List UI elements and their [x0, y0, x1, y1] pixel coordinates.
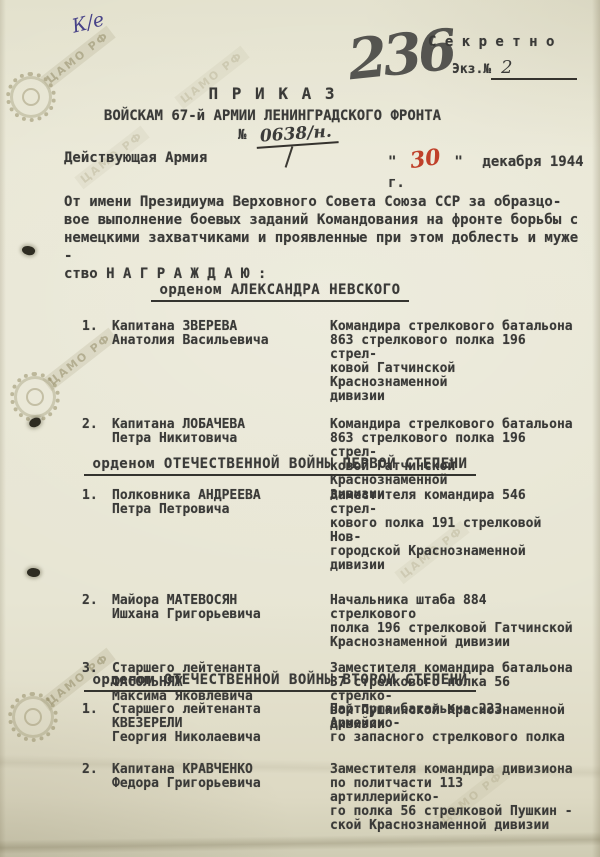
number-sign: № — [238, 127, 246, 143]
order-title: П Р И К А З — [0, 84, 545, 103]
handwritten-archive-number: 236 — [345, 17, 456, 94]
award-entry: 1. Старшего лейтенанта КВЕЗЕРЕЛИ Георгия… — [0, 703, 600, 745]
section-heading-alexander-nevsky: орденом АЛЕКСАНДРА НЕВСКОГО — [0, 279, 560, 302]
paper-edge-shadow — [0, 0, 6, 857]
handwritten-order-number: 0638/н. — [255, 121, 338, 149]
handwritten-corner-note: К/е — [70, 8, 107, 37]
award-entry: 1. Полковника АНДРЕЕВА Петра Петровича З… — [0, 489, 600, 573]
award-entry: 1. Капитана ЗВЕРЕВА Анатолия Васильевича… — [0, 320, 600, 404]
handwritten-stroke — [285, 146, 294, 168]
paper-crease — [0, 832, 600, 854]
date-close-quote: " — [454, 154, 462, 170]
entry-position: Командира стрелкового батальона 863 стре… — [330, 320, 580, 404]
entry-position: Начальника штаба 884 стрелкового полка 1… — [330, 594, 580, 650]
entry-rank-name: Майора МАТЕВОСЯН Ишхана Григорьевича — [112, 594, 330, 622]
handwritten-copy-number: 2 — [491, 57, 512, 78]
award-entry: 2. Майора МАТЕВОСЯН Ишхана Григорьевича … — [0, 594, 600, 650]
entry-rank-name: Капитана ЛОБАЧЕВА Петра Никитовича — [112, 418, 330, 446]
paper-edge-shadow — [592, 0, 600, 857]
entry-position: Заместителя командира 546 стрел- кового … — [330, 489, 580, 573]
entry-number: 1. — [82, 489, 112, 503]
section-heading-text: орденом АЛЕКСАНДРА НЕВСКОГО — [151, 282, 408, 302]
date-open-quote: " — [388, 154, 396, 170]
section-patriotic-war-1st: 1. Полковника АНДРЕЕВА Петра Петровича З… — [0, 489, 600, 732]
entry-rank-name: Полковника АНДРЕЕВА Петра Петровича — [112, 489, 330, 517]
acting-army-label: Действующая Армия — [64, 150, 207, 166]
entry-number: 1. — [82, 703, 112, 717]
handwritten-date-day: 30 — [408, 144, 442, 174]
copy-label: Экз.№ — [452, 62, 491, 77]
order-subtitle: ВОЙСКАМ 67-й АРМИИ ЛЕНИНГРАДСКОГО ФРОНТА — [0, 108, 545, 124]
date-line: " 30 " декабря 1944 г. — [388, 146, 600, 191]
order-number-line: № 0638/н. — [238, 124, 338, 146]
document-scan-page: ЦАМО РФ ЦАМО РФ ЦАМО РФ ЦАМО РФ ЦАМО РФ … — [0, 0, 600, 857]
entry-number: 1. — [82, 320, 112, 334]
section-heading-patriotic-war-2nd: орденом ОТЕЧЕСТВЕННОЙ ВОЙНЫ ВТОРОЙ СТЕПЕ… — [0, 669, 560, 692]
punch-hole — [21, 244, 36, 257]
section-heading-patriotic-war-1st: орденом ОТЕЧЕСТВЕННОЙ ВОЙНЫ ПЕРВОЙ СТЕПЕ… — [0, 453, 560, 476]
preamble-paragraph: От имени Президиума Верховного Совета Со… — [64, 193, 584, 283]
copy-number-line: Экз.№2 — [452, 57, 577, 80]
entry-number: 2. — [82, 418, 112, 432]
entry-position: Парторга батальона 223 Армейско- го запа… — [330, 703, 580, 745]
entry-rank-name: Старшего лейтенанта КВЕЗЕРЕЛИ Георгия Ни… — [112, 703, 330, 745]
section-heading-text: орденом ОТЕЧЕСТВЕННОЙ ВОЙНЫ ВТОРОЙ СТЕПЕ… — [84, 672, 475, 692]
classification-label: С е к р е т н о — [428, 34, 554, 50]
entry-rank-name: Капитана ЗВЕРЕВА Анатолия Васильевича — [112, 320, 330, 348]
section-heading-text: орденом ОТЕЧЕСТВЕННОЙ ВОЙНЫ ПЕРВОЙ СТЕПЕ… — [84, 456, 475, 476]
entry-number: 2. — [82, 594, 112, 608]
